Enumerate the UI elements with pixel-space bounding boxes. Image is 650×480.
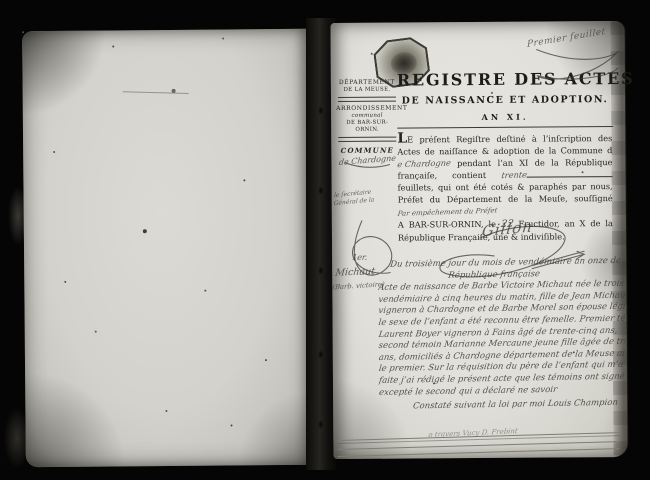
spine-stitch bbox=[318, 266, 324, 275]
act-surname-margin-note: Michaut bbox=[335, 266, 376, 279]
spine-stitch bbox=[318, 350, 324, 359]
right-page-foxing-specks bbox=[371, 53, 373, 55]
spine-stitch bbox=[318, 186, 324, 195]
arrondissement-line: ARRONDISSEMENT bbox=[336, 105, 398, 113]
spine-stitch bbox=[318, 420, 324, 429]
folio-count-handwriting: trente bbox=[500, 168, 527, 181]
handwritten-birth-act: Du troisième jour du mois de vendémiaire… bbox=[378, 257, 625, 412]
department-line: DE LA MEUSE. bbox=[336, 87, 398, 94]
preamble-text: E préſent Regiſtre deſtiné à l’inſcripti… bbox=[397, 133, 612, 157]
commune-fillin-handwriting: e Chardogne bbox=[397, 156, 452, 170]
left-page-foxing-specks bbox=[22, 31, 24, 33]
register-subtitle: DE NAISSANCE ET ADOPTION. bbox=[397, 94, 613, 107]
left-page-vignette bbox=[22, 29, 312, 467]
blank-rule bbox=[527, 168, 613, 178]
act-closing-line: Constaté suivant la loi par moi Louis Ch… bbox=[378, 395, 626, 414]
printed-margin-column: DÉPARTEMENT DE LA MEUSE. ARRONDISSEMENT … bbox=[336, 79, 399, 165]
register-title: REGISTRE DES ACTES bbox=[397, 69, 613, 90]
arrondissement-line: DE BAR-SUR-ORNIN. bbox=[336, 120, 398, 134]
spine-stitch bbox=[318, 106, 324, 115]
left-page bbox=[22, 29, 312, 467]
preamble-text: feuillets, qui ont été cotés & paraphés … bbox=[398, 181, 613, 205]
act-number-margin-note: 1er. bbox=[352, 253, 369, 262]
dropcap-L: L bbox=[397, 130, 407, 146]
double-rule bbox=[338, 97, 396, 102]
right-page: Premier feuillet DÉPARTEMENT DE LA MEUSE… bbox=[330, 21, 627, 459]
title-block: REGISTRE DES ACTES DE NAISSANCE ET ADOPT… bbox=[397, 69, 613, 129]
double-rule bbox=[338, 137, 396, 142]
scanned-register-photo: Premier feuillet DÉPARTEMENT DE LA MEUSE… bbox=[0, 0, 650, 480]
register-year: AN XI. bbox=[397, 111, 613, 123]
